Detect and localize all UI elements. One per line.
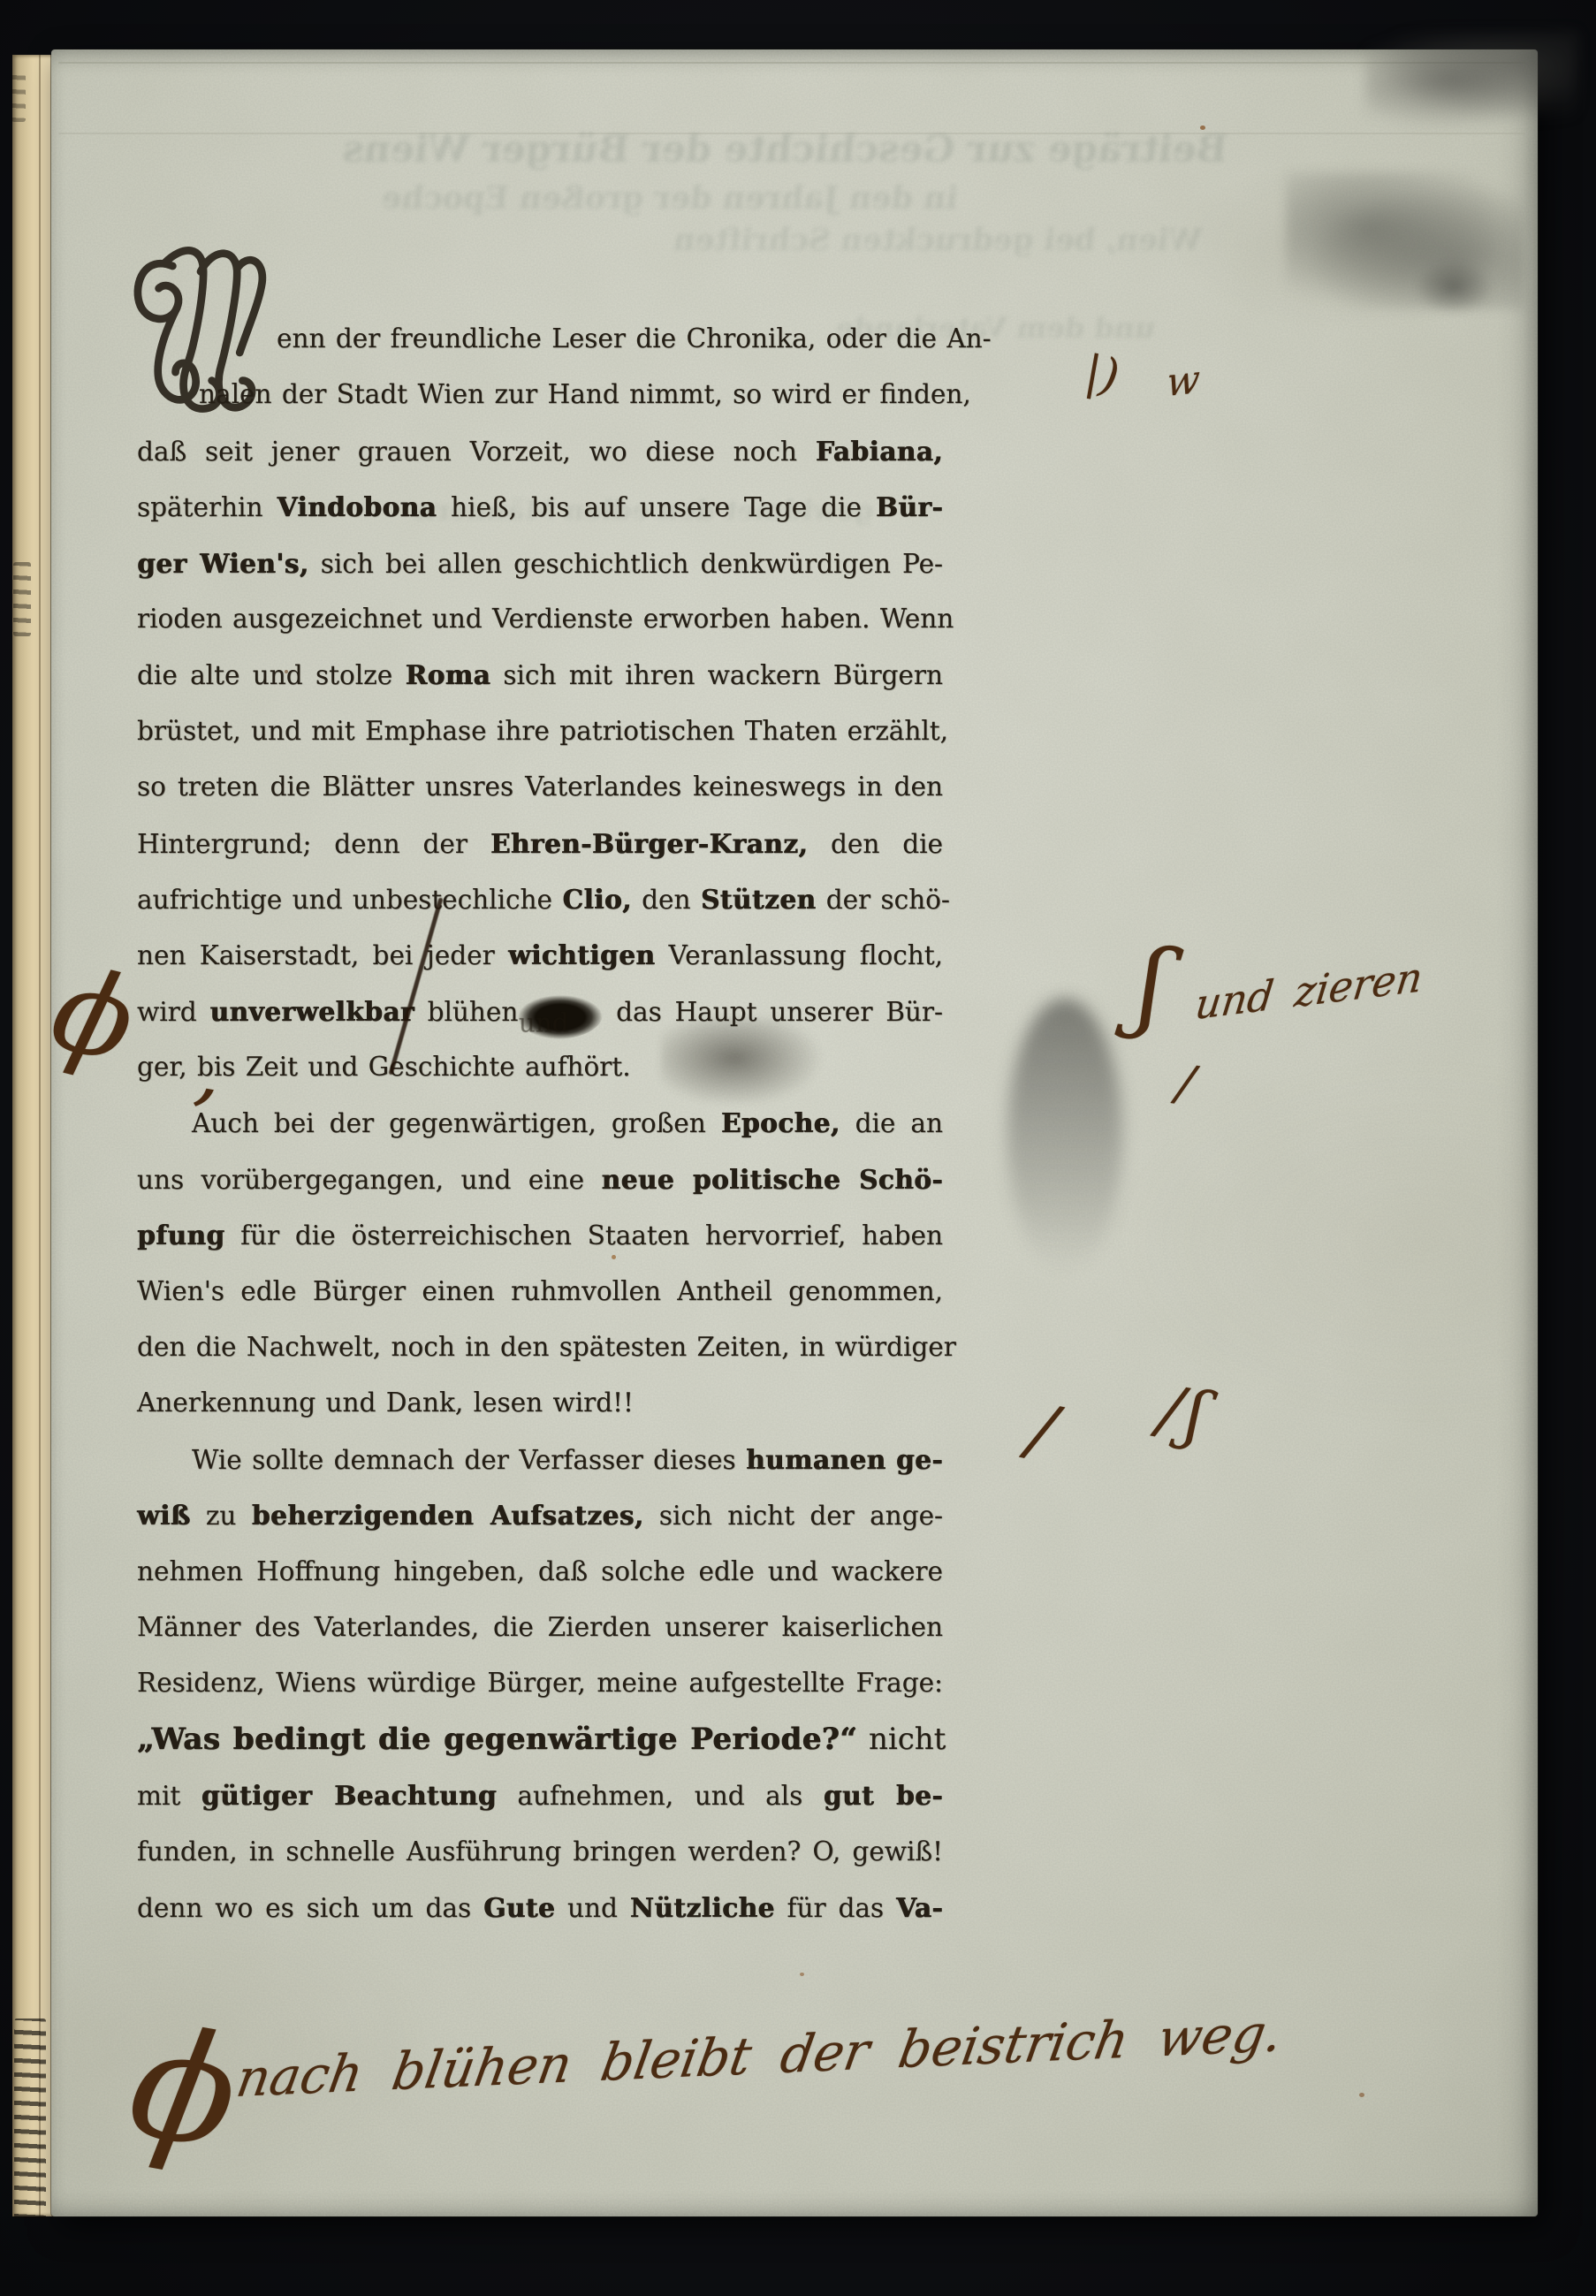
body-text: nicht	[857, 1722, 946, 1757]
body-text: Residenz, Wiens würdige Bürger, meine au…	[137, 1668, 943, 1698]
body-text	[885, 1445, 895, 1475]
printed-line: nehmen Hoffnung hingeben, daß solche edl…	[137, 1544, 943, 1600]
printed-line: ger, bis Zeit und Geschichte aufhört.	[137, 1039, 943, 1095]
emphasized-text: Vindobona	[277, 491, 437, 522]
bleedthrough-line: Wien, bei gedruckten Schriften	[672, 223, 1204, 258]
bleedthrough-line: Beiträge zur Geschichte der Bürger Wiens	[341, 127, 1229, 171]
emphasized-text: Ehren-Bürger-Kranz,	[490, 828, 808, 859]
emphasized-text: Epoche,	[721, 1107, 840, 1138]
body-text: wird	[137, 997, 209, 1027]
printed-line: nalen der Stadt Wien zur Hand nimmt, so …	[137, 367, 943, 422]
printed-line: funden, in schnelle Ausführung bringen w…	[137, 1824, 943, 1880]
paper-speck	[612, 1255, 616, 1259]
emphasized-text: ge-	[896, 1444, 943, 1475]
printed-line: Auch bei der gegenwärtigen, großen Epoch…	[137, 1095, 943, 1151]
printed-line: den die Nachwelt, noch in den spätesten …	[137, 1319, 943, 1375]
printed-line: Anerkennung und Dank, lesen wird!!	[137, 1375, 943, 1431]
printed-line: wird unverwelkbar blühenund das Haupt un…	[137, 984, 943, 1039]
body-text: den	[632, 885, 701, 915]
body-text: so treten die Blätter unsres Vaterlandes…	[137, 772, 943, 802]
body-text: rioden ausgezeichnet und Verdienste erwo…	[137, 604, 954, 634]
body-text: brüstet, und mit Emphase ihre patriotisc…	[137, 716, 948, 746]
emphasized-text: wichtigen	[508, 939, 655, 970]
body-text: die alte und stolze	[137, 660, 405, 690]
printed-line: Wie sollte demnach der Verfasser dieses …	[137, 1432, 943, 1487]
body-text: nalen der Stadt Wien zur Hand nimmt, so …	[199, 379, 971, 409]
body-text: Männer des Vaterlandes, die Zierden unse…	[137, 1612, 943, 1642]
paper-speck	[800, 1973, 804, 1976]
ink-blot: und	[518, 995, 603, 1039]
body-text: aufrichtige und unbestechliche	[137, 885, 562, 915]
body-text: mit	[137, 1781, 201, 1811]
emphasized-text: Clio,	[562, 884, 631, 915]
bleedthrough-line: in den Jahren der großen Epoche	[380, 180, 960, 217]
emphasized-text: ger Wien's,	[137, 548, 309, 579]
emphasized-text: Va-	[896, 1892, 943, 1923]
printed-line: wiß zu beherzigenden Aufsatzes, sich nic…	[137, 1487, 943, 1543]
emphasized-text: Bür-	[876, 491, 943, 522]
emphasized-text: Gute	[483, 1892, 555, 1923]
emphasized-text: „Was bedingt die gegenwärtige Periode?“	[137, 1722, 857, 1757]
body-text: Veranlassung flocht,	[655, 940, 943, 970]
printed-line: daß seit jener grauen Vorzeit, wo diese …	[137, 423, 943, 479]
body-text: aufnehmen, und als	[497, 1781, 824, 1811]
printed-line: denn wo es sich um das Gute und Nützlich…	[137, 1880, 943, 1935]
body-text: den die Nachwelt, noch in den spätesten …	[137, 1332, 956, 1362]
body-text: denn wo es sich um das	[137, 1893, 483, 1923]
binding-ink-marks	[14, 2019, 46, 2218]
printed-line: rioden ausgezeichnet und Verdienste erwo…	[137, 591, 943, 647]
emphasized-text: wiß	[137, 1500, 191, 1531]
body-text: funden, in schnelle Ausführung bringen w…	[137, 1836, 943, 1866]
body-text: sich bei allen geschichtlich denkwürdige…	[309, 549, 944, 579]
body-text: und	[555, 1893, 630, 1923]
printed-line: die alte und stolze Roma sich mit ihren …	[137, 647, 943, 703]
printed-line: uns vorübergegangen, und eine neue polit…	[137, 1152, 943, 1207]
paper-speck	[1359, 2093, 1364, 2097]
body-text: nen Kaiserstadt, bei jeder	[137, 940, 508, 970]
emphasized-text: Fabiana,	[816, 436, 943, 467]
printed-line: pfung für die österreichischen Staaten h…	[137, 1207, 943, 1263]
emphasized-text: Nützliche	[630, 1892, 775, 1923]
emphasized-text: beherzigenden Aufsatzes,	[252, 1500, 644, 1531]
printed-line: Hintergrund; denn der Ehren-Bürger-Kranz…	[137, 816, 943, 871]
body-text: späterhin	[137, 492, 277, 522]
body-text: für die österreichischen Staaten hervorr…	[224, 1220, 943, 1251]
emphasized-text: pfung	[137, 1220, 224, 1251]
printed-line: aufrichtige und unbestechliche Clio, den…	[137, 871, 943, 927]
scanned-book-page-photo: Beiträge zur Geschichte der Bürger Wiens…	[0, 0, 1596, 2296]
body-text: nehmen Hoffnung hingeben, daß solche edl…	[137, 1556, 943, 1586]
printed-line: brüstet, und mit Emphase ihre patriotisc…	[137, 703, 943, 759]
fore-edge-crease	[39, 55, 41, 2216]
body-text: Auch bei der gegenwärtigen, großen	[192, 1108, 721, 1138]
printed-line: enn der freundliche Leser die Chronika, …	[137, 311, 943, 367]
body-text: zu	[191, 1501, 252, 1531]
body-text: der schö-	[816, 885, 950, 915]
top-crease-line	[58, 62, 1525, 64]
printed-line: nen Kaiserstadt, bei jeder wichtigen Ver…	[137, 927, 943, 983]
printed-line: ger Wien's, sich bei allen geschichtlich…	[137, 536, 943, 591]
emphasized-text: unverwelkbar	[209, 996, 414, 1027]
emphasized-text: humanen	[746, 1444, 885, 1475]
emphasized-text: neue politische Schö-	[602, 1164, 944, 1195]
paper-speck	[285, 670, 288, 673]
printed-text-block: enn der freundliche Leser die Chronika, …	[137, 311, 943, 1935]
body-text: uns vorübergegangen, und eine	[137, 1165, 602, 1195]
body-text: das Haupt unserer Bür-	[603, 997, 943, 1027]
printed-line: so treten die Blätter unsres Vaterlandes…	[137, 759, 943, 815]
body-text: blühen	[414, 997, 519, 1027]
body-text: die an	[840, 1108, 943, 1138]
printed-line: späterhin Vindobona hieß, bis auf unsere…	[137, 479, 943, 535]
emphasized-text: gütiger Beachtung	[201, 1780, 497, 1811]
emphasized-text: gut be-	[824, 1780, 943, 1811]
body-text: den die	[808, 829, 943, 859]
emphasized-text: Roma	[405, 659, 490, 690]
body-text: sich nicht der ange-	[643, 1501, 943, 1531]
body-text: für das	[775, 1893, 896, 1923]
body-text: enn der freundliche Leser die Chronika, …	[277, 323, 992, 354]
body-text: sich mit ihren wackern Bürgern	[490, 660, 943, 690]
body-text: daß seit jener grauen Vorzeit, wo diese …	[137, 437, 816, 467]
handwritten-margin-letter-w: w	[1165, 357, 1201, 407]
paper-speck	[1200, 125, 1205, 130]
printed-line: mit gütiger Beachtung aufnehmen, und als…	[137, 1768, 943, 1823]
body-text: Wie sollte demnach der Verfasser dieses	[192, 1445, 746, 1475]
body-text: hieß, bis auf unsere Tage die	[437, 492, 876, 522]
printed-line: „Was bedingt die gegenwärtige Periode?“ …	[137, 1712, 943, 1768]
body-text: Wien's edle Bürger einen ruhmvollen Anth…	[137, 1276, 943, 1306]
printed-line: Männer des Vaterlandes, die Zierden unse…	[137, 1600, 943, 1655]
printed-line: Wien's edle Bürger einen ruhmvollen Anth…	[137, 1264, 943, 1319]
binding-ink-marks	[13, 562, 31, 636]
binding-ink-marks	[11, 71, 26, 122]
body-text: Hintergrund; denn der	[137, 829, 490, 859]
printed-line: Residenz, Wiens würdige Bürger, meine au…	[137, 1655, 943, 1711]
emphasized-text: Stützen	[701, 884, 816, 915]
body-text: Anerkennung und Dank, lesen wird!!	[137, 1387, 634, 1418]
